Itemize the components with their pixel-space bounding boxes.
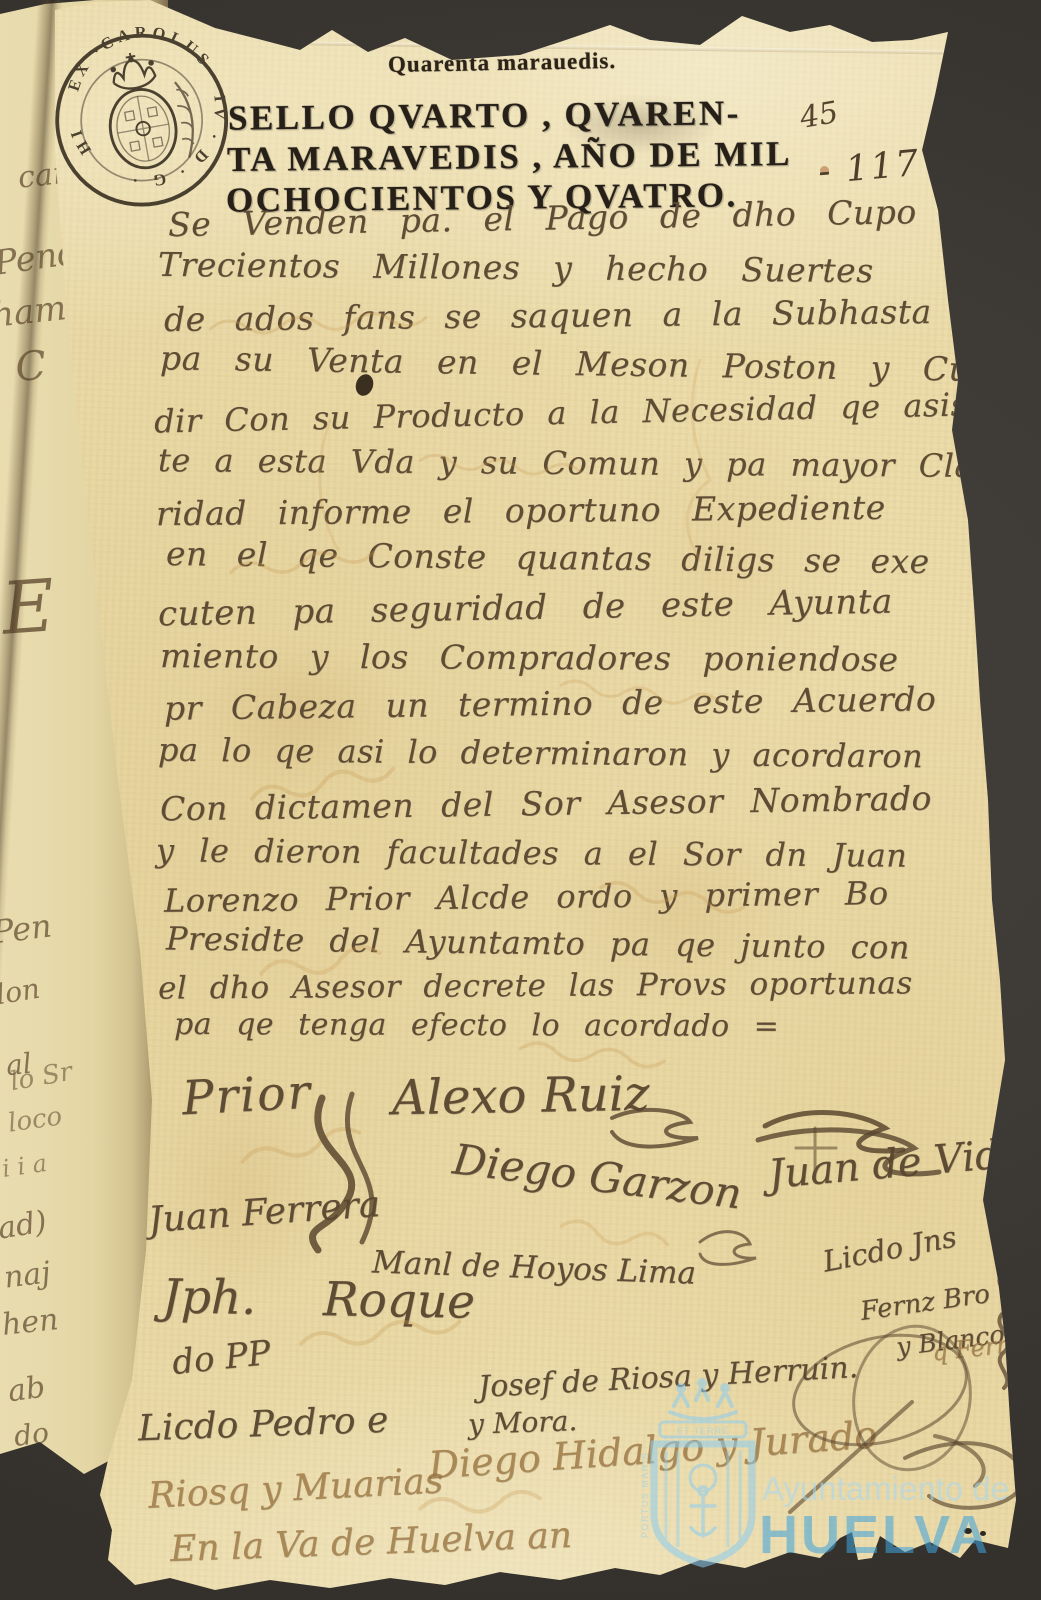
manuscript-line: Trecientos Millones y hecho Suertes — [158, 245, 874, 290]
signature: Josef de Riosa y Herruin. — [477, 1350, 859, 1405]
signature: Riosq y Muarias — [147, 1460, 444, 1516]
manuscript-line: cuten pa seguridad de este Ayunta — [158, 582, 893, 635]
folio-number-main: - 117 - — [816, 140, 949, 192]
seal-coat-of-arms — [104, 84, 182, 173]
manuscript-line: pr Cabeza un termino de este Acuerdo — [164, 679, 937, 727]
manuscript-line: Presidte del Ayuntamto pa qe junto con — [166, 919, 910, 966]
paper-speck — [980, 1531, 986, 1536]
royal-seal-carolus-iv: EX · CAROLUS · IV · D · G · HI — [46, 16, 238, 228]
manuscript-line: de ados fans se saquen a la Subhasta — [164, 292, 932, 339]
manuscript-line: Con dictamen del Sor Asesor Nombrado — [160, 779, 932, 829]
signature: Juan Ferrera — [147, 1184, 382, 1241]
margin-fragment: do — [12, 1416, 51, 1453]
seal-legend-text: CAROLUS · IV · D · G · — [96, 16, 238, 196]
margin-fragment: i i a — [0, 1149, 48, 1183]
signature: do PP — [170, 1333, 272, 1383]
signature: Juan de Vides — [767, 1128, 1041, 1198]
manuscript-line: el dho Asesor decrete las Provs oportuna… — [158, 965, 913, 1006]
signature: Prior — [181, 1065, 314, 1127]
signature: Licdo Jns — [820, 1219, 959, 1278]
margin-fragment: ab — [6, 1370, 48, 1410]
manuscript-line: en el qe Conste quantas diligs se exe — [166, 534, 930, 581]
margin-fragment: lon — [0, 972, 42, 1011]
scanned-document: can Pend ham l C E Pen al lon lo Sr loco… — [0, 0, 1041, 1600]
paper-speck — [964, 1528, 972, 1534]
signature: Jph. Roque — [162, 1269, 476, 1329]
printed-header-line-2: TA MARAVEDIS , AÑO DE MIL — [227, 134, 792, 180]
margin-fragment: loco — [6, 1101, 64, 1138]
document-page: EX · CAROLUS · IV · D · G · HI — [0, 0, 1041, 1600]
seal-crown — [109, 49, 157, 91]
manuscript-line: miento y los Compradores poniendose — [160, 636, 899, 679]
manuscript-line: y le dieron facultades a el Sor dn Juan — [156, 831, 908, 874]
signature: Licdo Pedro e — [137, 1400, 389, 1450]
manuscript-line: Lorenzo Prior Alcde ordo y primer Bo — [164, 874, 889, 920]
manuscript-line: pa lo qe asi lo determinaron y acordaron — [158, 731, 924, 776]
signature: Alexo Ruiz — [392, 1066, 650, 1126]
printed-header-line-1: SELLO QVARTO , QVAREN- — [228, 93, 741, 138]
manuscript-line: te a esta Vda y su Comun y pa mayor Cla — [158, 441, 974, 485]
tax-stamp-line: Quarenta marauedis. — [388, 48, 617, 78]
folio-number-small: 45 — [797, 95, 841, 136]
margin-fragment: naj — [2, 1255, 52, 1295]
margin-fragment: ad) — [0, 1204, 49, 1246]
svg-text:CAROLUS · IV · D · G ·: CAROLUS · IV · D · G · — [96, 16, 238, 196]
signature: Diego Garzon — [450, 1134, 744, 1218]
manuscript-line: dir Con su Producto a la Necesidad qe as… — [154, 385, 968, 440]
margin-fragment: hen — [0, 1302, 60, 1343]
manuscript-line: pa qe tenga efecto lo acordado = — [174, 1007, 779, 1044]
manuscript-line: pa su Venta en el Meson Poston y Cu — [160, 338, 971, 388]
signature: En la Va de Huelva an — [169, 1515, 572, 1570]
margin-fragment: Pen — [0, 907, 54, 952]
manuscript-line: ridad informe el oportuno Expediente — [156, 488, 886, 533]
signature: Fernz Bro — [859, 1279, 992, 1327]
